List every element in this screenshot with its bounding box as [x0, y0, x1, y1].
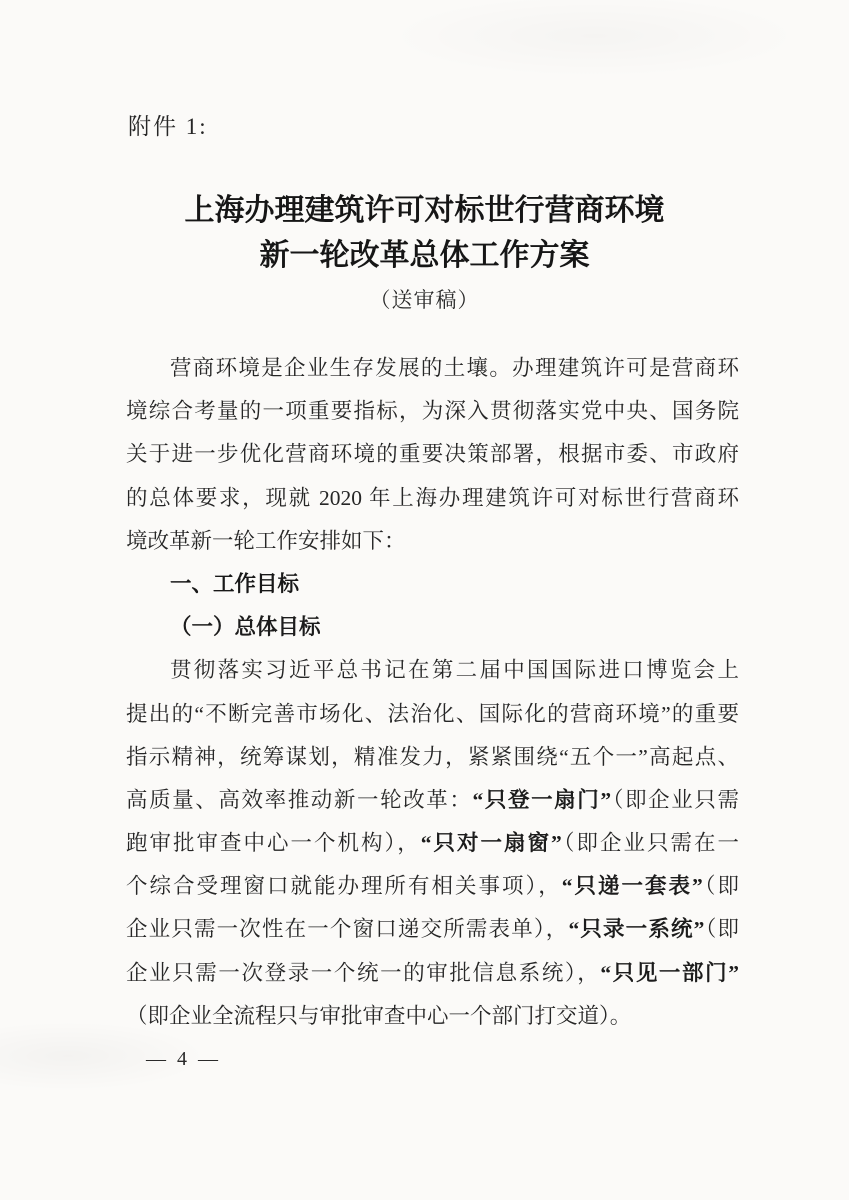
text-line: 指示精神，统筹谋划，精准发力，紧紧围绕“五个一”高起点、 [126, 736, 739, 779]
body-text: 提出的“不断完善市场化、法治化、国际化的营商环境”的重要 [126, 702, 739, 726]
text-line: 跑审批审查中心一个机构），“只对一扇窗”（即企业只需在一 [126, 822, 739, 865]
text-line: 贯彻落实习近平总书记在第二届中国国际进口博览会上 [126, 649, 739, 692]
body-text: 营商环境是企业生存发展的土壤。办理建筑许可是营商环 [170, 356, 739, 380]
body-text: （一）总体目标 [170, 615, 321, 639]
text-line: 境综合考量的一项重要指标，为深入贯彻落实党中央、国务院 [126, 390, 739, 433]
document-title-line-2: 新一轮改革总体工作方案 [0, 233, 849, 278]
text-line: 关于进一步优化营商环境的重要决策部署，根据市委、市政府 [126, 433, 739, 476]
emphasized-text: “只递一套表” [562, 874, 703, 898]
text-line: （即企业全流程只与审批审查中心一个部门打交道）。 [126, 995, 739, 1038]
body-text: （即企业只需 [611, 788, 739, 812]
text-line: 企业只需一次登录一个统一的审批信息系统），“只见一部门” [126, 952, 739, 995]
section-heading: （一）总体目标 [126, 606, 739, 649]
document-title-line-1: 上海办理建筑许可对标世行营商环境 [0, 188, 849, 233]
body-text: 境综合考量的一项重要指标，为深入贯彻落实党中央、国务院 [126, 399, 739, 423]
text-line: 企业只需一次性在一个窗口递交所需表单），“只录一系统”（即 [126, 908, 739, 951]
emphasized-text: “只登一扇门” [473, 788, 612, 812]
text-line: 提出的“不断完善市场化、法治化、国际化的营商环境”的重要 [126, 693, 739, 736]
attachment-label: 附件 1: [128, 108, 208, 141]
scanned-document-page: 附件 1: 上海办理建筑许可对标世行营商环境 新一轮改革总体工作方案 （送审稿）… [0, 0, 849, 1200]
emphasized-text: “只见一部门” [600, 961, 739, 985]
body-text: 企业只需一次性在一个窗口递交所需表单）， [126, 917, 568, 941]
body-text: 境改革新一轮工作安排如下： [126, 529, 406, 553]
body-text: 的总体要求，现就 2020 年上海办理建筑许可对标世行营商环 [126, 486, 739, 510]
document-subtitle-draft-label: （送审稿） [0, 284, 849, 314]
document-title-block: 上海办理建筑许可对标世行营商环境 新一轮改革总体工作方案 （送审稿） [0, 188, 849, 314]
body-text: 企业只需一次登录一个统一的审批信息系统）， [126, 961, 600, 985]
body-text: 贯彻落实习近平总书记在第二届中国国际进口博览会上 [170, 658, 739, 682]
emphasized-text: “只录一系统” [568, 917, 704, 941]
text-line: 的总体要求，现就 2020 年上海办理建筑许可对标世行营商环 [126, 477, 739, 520]
body-text: （即 [703, 874, 739, 898]
body-text: （即企业只需在一 [562, 831, 739, 855]
body-text: （即企业全流程只与审批审查中心一个部门打交道）。 [126, 1004, 631, 1028]
text-line: 境改革新一轮工作安排如下： [126, 520, 739, 563]
page-number: — 4 — [146, 1048, 221, 1071]
body-text: （即 [704, 917, 739, 941]
section-heading: 一、工作目标 [126, 563, 739, 606]
emphasized-text: “只对一扇窗” [421, 831, 562, 855]
text-line: 营商环境是企业生存发展的土壤。办理建筑许可是营商环 [126, 347, 739, 390]
body-text: 指示精神，统筹谋划，精准发力，紧紧围绕“五个一”高起点、 [126, 745, 739, 769]
body-text: 跑审批审查中心一个机构）， [126, 831, 421, 855]
text-line: 个综合受理窗口就能办理所有相关事项），“只递一套表”（即 [126, 865, 739, 908]
text-line: 高质量、高效率推动新一轮改革：“只登一扇门”（即企业只需 [126, 779, 739, 822]
document-body: 营商环境是企业生存发展的土壤。办理建筑许可是营商环境综合考量的一项重要指标，为深… [126, 347, 739, 1038]
body-text: 关于进一步优化营商环境的重要决策部署，根据市委、市政府 [126, 442, 739, 466]
body-text: 一、工作目标 [170, 572, 299, 596]
body-text: 个综合受理窗口就能办理所有相关事项）， [126, 874, 562, 898]
body-text: 高质量、高效率推动新一轮改革： [126, 788, 473, 812]
